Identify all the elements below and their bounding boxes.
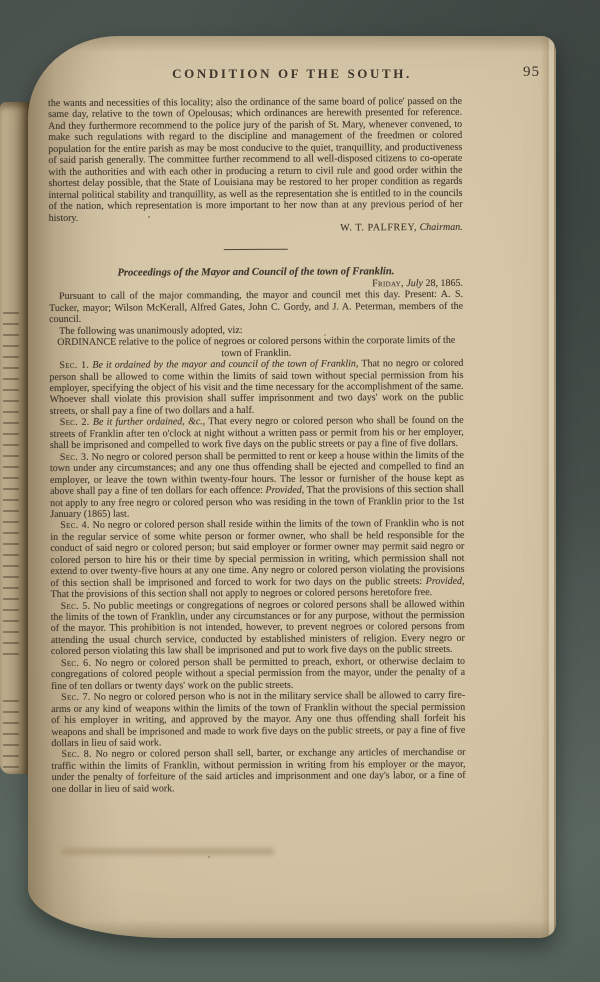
section-divider-rule — [224, 249, 288, 250]
section-text: No public meetings or congregations of n… — [51, 598, 465, 657]
page-text-block: the wants and necessities of this locali… — [48, 96, 466, 795]
ordinance-section: Sec. 4. No negro or colored person shall… — [50, 518, 464, 600]
ordinance-sections: Sec. 1. Be it ordained by the mayor and … — [49, 358, 465, 795]
section-number: Sec. 4. — [60, 520, 90, 531]
signature-name: W. T. PALFREY, — [340, 222, 417, 233]
ordinance-section: Sec. 1. Be it ordained by the mayor and … — [49, 358, 463, 417]
dateline-day: Friday, — [372, 278, 404, 289]
section-text: Be it further ordained, &c., — [90, 417, 206, 429]
section-number: Sec. 6. — [61, 658, 91, 669]
book-page: CONDITION OF THE SOUTH. 95 the wants and… — [28, 36, 556, 938]
ordinance-section: Sec. 2. Be it further ordained, &c., Tha… — [50, 415, 464, 452]
section-number: Sec. 7. — [61, 692, 91, 703]
section-number: Sec. 3. — [60, 451, 89, 462]
signature-line: W. T. PALFREY, Chairman. — [49, 222, 463, 236]
page-number: 95 — [523, 64, 540, 81]
proceedings-intro-paragraph: Pursuant to call of the major commanding… — [49, 289, 463, 326]
ordinance-section: Sec. 7. No negro or colored person who i… — [51, 690, 465, 749]
signature-title: Chairman. — [420, 222, 463, 233]
ordinance-section: Sec. 3. No negro or colored person shall… — [50, 450, 464, 521]
ordinance-section: Sec. 8. No negro or colored person shall… — [51, 747, 465, 795]
section-text: Be it ordained by the mayor and council … — [89, 358, 358, 370]
facing-page-text-fragments — [3, 312, 19, 662]
facing-page-edge — [0, 102, 30, 774]
facing-page-text-fragments — [3, 700, 19, 770]
section-text: Provided, — [263, 485, 304, 496]
ordinance-title: ORDINANCE relative to the police of negr… — [49, 335, 463, 360]
section-number: Sec. 5. — [61, 600, 91, 611]
section-text: No negro or colored person shall sell, b… — [51, 747, 465, 795]
section-text: No negro or colored person shall reside … — [50, 518, 464, 588]
show-through-smudge — [62, 848, 274, 855]
ordinance-section: Sec. 5. No public meetings or congregati… — [51, 598, 465, 657]
section-number: Sec. 1. — [59, 360, 89, 371]
section-text: Provided, — [422, 575, 464, 586]
running-head-title: CONDITION OF THE SOUTH. — [28, 66, 556, 82]
section-text: No negro or colored person who is not in… — [51, 690, 465, 749]
dateline-month: July — [406, 278, 423, 289]
section-text: No negro or colored person shall be perm… — [51, 656, 465, 692]
paper-speckle — [148, 216, 150, 218]
dateline-rest: 28, 1865. — [425, 278, 463, 289]
section-number: Sec. 2. — [60, 417, 90, 428]
ordinance-section: Sec. 6. No negro or colored person shall… — [51, 656, 465, 693]
report-paragraph: the wants and necessities of this locali… — [48, 96, 463, 224]
section-number: Sec. 8. — [61, 749, 91, 760]
